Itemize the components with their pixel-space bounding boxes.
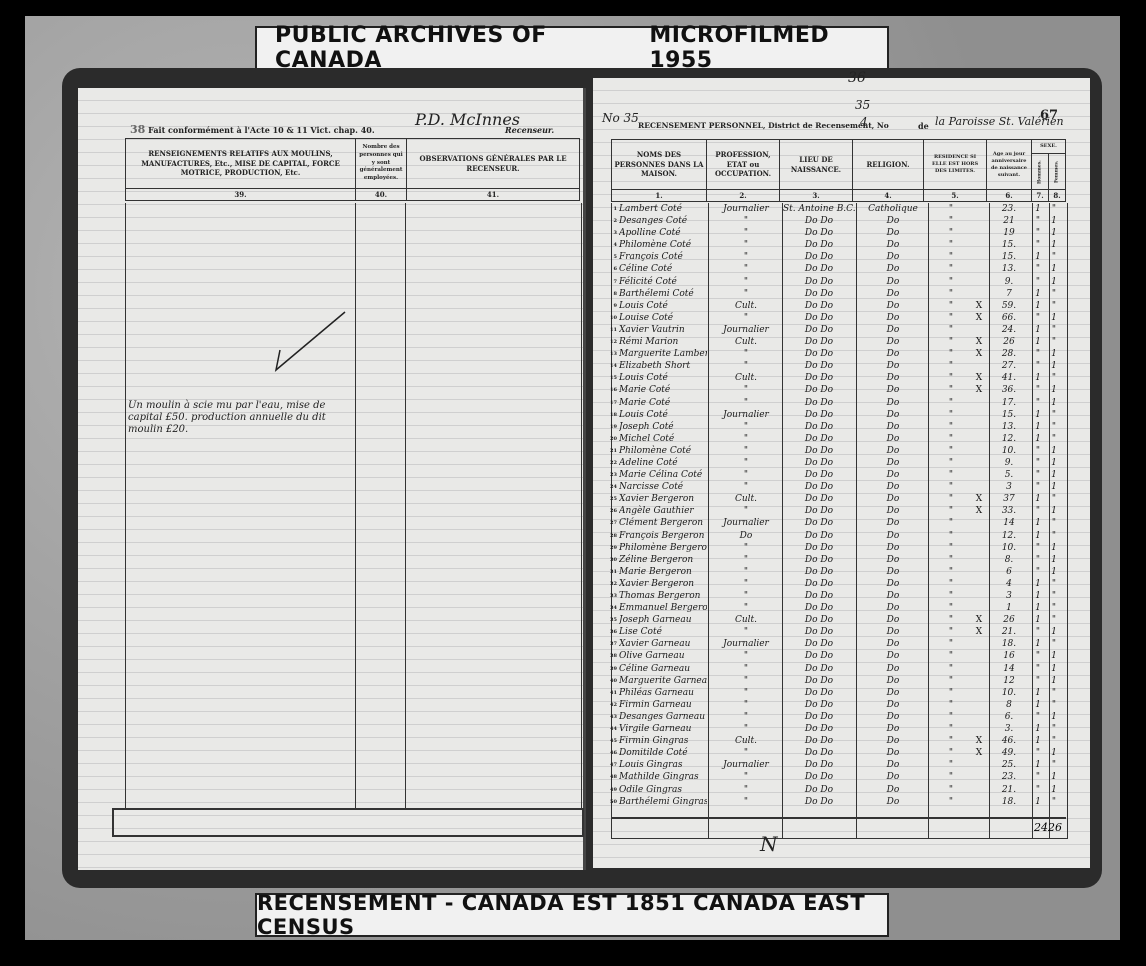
profession: " xyxy=(711,421,781,433)
row-number: 34 xyxy=(607,602,617,614)
residence-mark: X xyxy=(971,747,987,759)
religion: Do xyxy=(857,566,929,578)
religion: Do xyxy=(857,796,929,808)
birthplace: Do Do xyxy=(783,505,855,517)
female-tally: 1 xyxy=(1047,663,1061,675)
row-number: 1 xyxy=(607,203,617,215)
religion: Do xyxy=(857,614,929,626)
age: 14 xyxy=(989,663,1029,675)
col-header-age: Age au jour anniversaire de naissance su… xyxy=(987,140,1032,190)
row-number: 3 xyxy=(607,227,617,239)
birthplace: Do Do xyxy=(783,626,855,638)
profession: " xyxy=(711,650,781,662)
profession: " xyxy=(711,784,781,796)
residence: " xyxy=(931,771,971,783)
profession: " xyxy=(711,590,781,602)
birthplace: Do Do xyxy=(783,699,855,711)
residence: " xyxy=(931,747,971,759)
birthplace: Do Do xyxy=(783,675,855,687)
residence-mark: X xyxy=(971,735,987,747)
male-tally: 1 xyxy=(1031,530,1045,542)
person-name: Marie Coté xyxy=(619,384,707,396)
female-tally: 1 xyxy=(1047,348,1061,360)
profession: " xyxy=(711,239,781,251)
stamp-number: 36 xyxy=(848,70,866,86)
age: 21. xyxy=(989,784,1029,796)
profession: " xyxy=(711,469,781,481)
col-number: 3. xyxy=(780,190,853,202)
census-row: 29Philomène Bergeron"Do DoDo"10."1 xyxy=(611,542,1066,554)
birthplace: Do Do xyxy=(783,796,855,808)
female-tally: " xyxy=(1047,590,1061,602)
birthplace: Do Do xyxy=(783,542,855,554)
female-tally: " xyxy=(1047,699,1061,711)
age: 3. xyxy=(989,723,1029,735)
age: 17. xyxy=(989,397,1029,409)
archive-banner-bottom: RECENSEMENT - CANADA EST 1851 CANADA EAS… xyxy=(255,893,889,937)
female-tally: " xyxy=(1047,602,1061,614)
person-name: Lambert Coté xyxy=(619,203,707,215)
census-row: 44Virgile Garneau"Do DoDo"3.1" xyxy=(611,723,1066,735)
row-number: 30 xyxy=(607,554,617,566)
row-number: 32 xyxy=(607,578,617,590)
census-row: 27Clément BergeronJournalierDo DoDo"141" xyxy=(611,517,1066,529)
profession: " xyxy=(711,747,781,759)
profession: Cult. xyxy=(711,372,781,384)
religion: Do xyxy=(857,263,929,275)
person-name: Louis Gingras xyxy=(619,759,707,771)
census-row: 10Louise Coté"Do DoDo"X66."1 xyxy=(611,312,1066,324)
col-header-profession: PROFESSION, ETAT ou OCCUPATION. xyxy=(707,140,780,190)
person-name: Angèle Gauthier xyxy=(619,505,707,517)
birthplace: Do Do xyxy=(783,723,855,735)
residence: " xyxy=(931,626,971,638)
col-header-mills: RENSEIGNEMENTS RELATIFS AUX MOULINS, MAN… xyxy=(126,139,356,189)
person-name: Firmin Garneau xyxy=(619,699,707,711)
totals-values: 2426 xyxy=(1034,821,1062,834)
male-tally: 1 xyxy=(1031,735,1045,747)
birthplace: Do Do xyxy=(783,735,855,747)
profession: " xyxy=(711,699,781,711)
row-number: 41 xyxy=(607,687,617,699)
female-tally: 1 xyxy=(1047,384,1061,396)
checkmark-icon xyxy=(270,310,350,380)
male-tally: 1 xyxy=(1031,723,1045,735)
male-tally: 1 xyxy=(1031,336,1045,348)
row-number: 20 xyxy=(607,433,617,445)
religion: Do xyxy=(857,276,929,288)
age: 12. xyxy=(989,530,1029,542)
archive-banner-top: PUBLIC ARCHIVES OF CANADA MICROFILMED 19… xyxy=(255,26,889,70)
age: 9. xyxy=(989,457,1029,469)
residence-mark: X xyxy=(971,505,987,517)
female-tally: " xyxy=(1047,796,1061,808)
residence: " xyxy=(931,602,971,614)
religion: Do xyxy=(857,421,929,433)
age: 14 xyxy=(989,517,1029,529)
religion: Do xyxy=(857,300,929,312)
female-tally: 1 xyxy=(1047,771,1061,783)
row-number: 37 xyxy=(607,638,617,650)
residence: " xyxy=(931,614,971,626)
row-number: 27 xyxy=(607,517,617,529)
row-number: 39 xyxy=(607,663,617,675)
person-name: Marguerite Garneau xyxy=(619,675,707,687)
person-name: Lise Coté xyxy=(619,626,707,638)
row-number: 29 xyxy=(607,542,617,554)
religion: Do xyxy=(857,312,929,324)
birthplace: Do Do xyxy=(783,517,855,529)
male-tally: " xyxy=(1031,505,1045,517)
census-row: 24Narcisse Coté"Do DoDo"3"1 xyxy=(611,481,1066,493)
row-number: 8 xyxy=(607,288,617,300)
residence: " xyxy=(931,312,971,324)
religion: Do xyxy=(857,324,929,336)
person-name: Céline Coté xyxy=(619,263,707,275)
age: 59. xyxy=(989,300,1029,312)
male-tally: 1 xyxy=(1031,203,1045,215)
profession: " xyxy=(711,397,781,409)
male-tally: " xyxy=(1031,445,1045,457)
male-tally: " xyxy=(1031,650,1045,662)
female-tally: 1 xyxy=(1047,747,1061,759)
male-tally: " xyxy=(1031,747,1045,759)
person-name: Louise Coté xyxy=(619,312,707,324)
female-tally: 1 xyxy=(1047,784,1061,796)
col-header-female: Femmes. xyxy=(1049,154,1066,190)
person-name: Michel Coté xyxy=(619,433,707,445)
birthplace: Do Do xyxy=(783,384,855,396)
row-number: 23 xyxy=(607,469,617,481)
female-tally: " xyxy=(1047,421,1061,433)
census-row: 21Philomène Coté"Do DoDo"10."1 xyxy=(611,445,1066,457)
male-tally: 1 xyxy=(1031,614,1045,626)
census-row: 3Apolline Coté"Do DoDo"19"1 xyxy=(611,227,1066,239)
religion: Do xyxy=(857,650,929,662)
female-tally: 1 xyxy=(1047,554,1061,566)
female-tally: 1 xyxy=(1047,263,1061,275)
row-number: 45 xyxy=(607,735,617,747)
birthplace: Do Do xyxy=(783,747,855,759)
age: 46. xyxy=(989,735,1029,747)
age: 36. xyxy=(989,384,1029,396)
religion: Do xyxy=(857,372,929,384)
male-tally: " xyxy=(1031,481,1045,493)
male-tally: " xyxy=(1031,239,1045,251)
census-title: RECENSEMENT PERSONNEL, District de Recen… xyxy=(638,121,889,130)
age: 13. xyxy=(989,263,1029,275)
religion: Do xyxy=(857,590,929,602)
religion: Do xyxy=(857,530,929,542)
census-row: 4Philomène Coté"Do DoDo"15."1 xyxy=(611,239,1066,251)
person-name: Marie Coté xyxy=(619,397,707,409)
male-tally: " xyxy=(1031,469,1045,481)
col-number: 41. xyxy=(407,189,580,201)
person-name: Barthélemi Coté xyxy=(619,288,707,300)
profession: " xyxy=(711,711,781,723)
religion: Do xyxy=(857,336,929,348)
col-number: 5. xyxy=(924,190,987,202)
religion: Do xyxy=(857,747,929,759)
male-tally: " xyxy=(1031,675,1045,687)
person-name: Xavier Garneau xyxy=(619,638,707,650)
census-row: 2Desanges Coté"Do DoDo"21"1 xyxy=(611,215,1066,227)
religion: Do xyxy=(857,215,929,227)
residence: " xyxy=(931,215,971,227)
profession: Journalier xyxy=(711,324,781,336)
age: 16 xyxy=(989,650,1029,662)
left-page-header: 38 Fait conformément à l'Acte 10 & 11 Vi… xyxy=(130,123,375,136)
age: 27. xyxy=(989,360,1029,372)
birthplace: Do Do xyxy=(783,457,855,469)
residence: " xyxy=(931,300,971,312)
residence: " xyxy=(931,530,971,542)
birthplace: Do Do xyxy=(783,687,855,699)
religion: Do xyxy=(857,759,929,771)
person-name: Virgile Garneau xyxy=(619,723,707,735)
row-number: 10 xyxy=(607,312,617,324)
total-female: 26 xyxy=(1048,821,1062,834)
census-row: 7Félicité Coté"Do DoDo"9."1 xyxy=(611,276,1066,288)
age: 24. xyxy=(989,324,1029,336)
age: 6. xyxy=(989,711,1029,723)
male-tally: " xyxy=(1031,348,1045,360)
profession: " xyxy=(711,675,781,687)
female-tally: 1 xyxy=(1047,566,1061,578)
age: 10. xyxy=(989,445,1029,457)
person-name: Firmin Gingras xyxy=(619,735,707,747)
person-name: Philomène Coté xyxy=(619,445,707,457)
residence: " xyxy=(931,276,971,288)
census-row: 17Marie Coté"Do DoDo"17."1 xyxy=(611,397,1066,409)
residence-mark: X xyxy=(971,626,987,638)
religion: Do xyxy=(857,638,929,650)
female-tally: 1 xyxy=(1047,626,1061,638)
person-name: Marguerite Lambert xyxy=(619,348,707,360)
residence: " xyxy=(931,288,971,300)
profession: Cult. xyxy=(711,614,781,626)
male-tally: " xyxy=(1031,457,1045,469)
female-tally: 1 xyxy=(1047,650,1061,662)
religion: Do xyxy=(857,251,929,263)
age: 10. xyxy=(989,542,1029,554)
row-number: 28 xyxy=(607,530,617,542)
male-tally: " xyxy=(1031,554,1045,566)
row-number: 4 xyxy=(607,239,617,251)
birthplace: Do Do xyxy=(783,614,855,626)
census-row: 33Thomas Bergeron"Do DoDo"31" xyxy=(611,590,1066,602)
profession: Cult. xyxy=(711,300,781,312)
row-number: 26 xyxy=(607,505,617,517)
person-name: Félicité Coté xyxy=(619,276,707,288)
age: 23. xyxy=(989,203,1029,215)
census-row: 48Mathilde Gingras"Do DoDo"23."1 xyxy=(611,771,1066,783)
column-divider xyxy=(355,203,356,808)
age: 26 xyxy=(989,614,1029,626)
age: 6 xyxy=(989,566,1029,578)
person-name: Mathilde Gingras xyxy=(619,771,707,783)
census-row: 14Elizabeth Short"Do DoDo"27."1 xyxy=(611,360,1066,372)
birthplace: Do Do xyxy=(783,445,855,457)
profession: Do xyxy=(711,530,781,542)
birthplace: Do Do xyxy=(783,312,855,324)
residence-mark: X xyxy=(971,312,987,324)
female-tally: 1 xyxy=(1047,711,1061,723)
male-tally: " xyxy=(1031,771,1045,783)
person-name: Philéas Garneau xyxy=(619,687,707,699)
male-tally: " xyxy=(1031,663,1045,675)
age: 3 xyxy=(989,481,1029,493)
person-name: Emmanuel Bergeron xyxy=(619,602,707,614)
residence: " xyxy=(931,578,971,590)
profession: " xyxy=(711,348,781,360)
census-row: 42Firmin Garneau"Do DoDo"81" xyxy=(611,699,1066,711)
birthplace: Do Do xyxy=(783,663,855,675)
male-tally: 1 xyxy=(1031,433,1045,445)
census-row: 25Xavier BergeronCult.Do DoDo"X371" xyxy=(611,493,1066,505)
religion: Do xyxy=(857,239,929,251)
residence: " xyxy=(931,663,971,675)
residence: " xyxy=(931,542,971,554)
totals-row: 2426 xyxy=(611,817,1066,840)
person-name: Apolline Coté xyxy=(619,227,707,239)
row-number: 17 xyxy=(607,397,617,409)
profession: Cult. xyxy=(711,493,781,505)
census-row: 36Lise Coté"Do DoDo"X21."1 xyxy=(611,626,1066,638)
census-row: 12Rémi MarionCult.Do DoDo"X261" xyxy=(611,336,1066,348)
religion: Do xyxy=(857,457,929,469)
age: 4 xyxy=(989,578,1029,590)
person-name: Joseph Coté xyxy=(619,421,707,433)
age: 8. xyxy=(989,554,1029,566)
row-number: 31 xyxy=(607,566,617,578)
person-name: Xavier Bergeron xyxy=(619,578,707,590)
age: 12. xyxy=(989,433,1029,445)
profession: " xyxy=(711,771,781,783)
census-row: 43Desanges Garneau"Do DoDo"6."1 xyxy=(611,711,1066,723)
profession: " xyxy=(711,542,781,554)
residence: " xyxy=(931,336,971,348)
male-tally: " xyxy=(1031,276,1045,288)
age: 15. xyxy=(989,239,1029,251)
birthplace: Do Do xyxy=(783,348,855,360)
row-number: 14 xyxy=(607,360,617,372)
birthplace: Do Do xyxy=(783,784,855,796)
residence: " xyxy=(931,493,971,505)
col-header-employees: Nombre des personnes qui y sont générale… xyxy=(356,139,407,189)
person-name: Barthélemi Gingras xyxy=(619,796,707,808)
age: 13. xyxy=(989,421,1029,433)
female-tally: " xyxy=(1047,723,1061,735)
age: 66. xyxy=(989,312,1029,324)
act-reference: Fait conformément à l'Acte 10 & 11 Vict.… xyxy=(148,125,375,135)
profession: " xyxy=(711,433,781,445)
female-tally: 1 xyxy=(1047,227,1061,239)
religion: Do xyxy=(857,687,929,699)
religion: Do xyxy=(857,626,929,638)
male-tally: " xyxy=(1031,566,1045,578)
age: 3 xyxy=(989,590,1029,602)
birthplace: Do Do xyxy=(783,530,855,542)
census-row: 8Barthélemi Coté"Do DoDo"71" xyxy=(611,288,1066,300)
mill-observation: Un moulin à scie mu par l'eau, mise de c… xyxy=(128,400,358,436)
row-number: 12 xyxy=(607,336,617,348)
residence: " xyxy=(931,505,971,517)
row-number: 5 xyxy=(607,251,617,263)
profession: Journalier xyxy=(711,517,781,529)
religion: Do xyxy=(857,348,929,360)
profession: " xyxy=(711,251,781,263)
col-number: 1. xyxy=(612,190,707,202)
profession: " xyxy=(711,566,781,578)
religion: Do xyxy=(857,723,929,735)
male-tally: " xyxy=(1031,397,1045,409)
row-number: 18 xyxy=(607,409,617,421)
profession: " xyxy=(711,263,781,275)
census-row: 30Zéline Bergeron"Do DoDo"8."1 xyxy=(611,554,1066,566)
person-name: Marie Bergeron xyxy=(619,566,707,578)
profession: " xyxy=(711,687,781,699)
female-tally: " xyxy=(1047,517,1061,529)
birthplace: St. Antoine B.C.E. xyxy=(783,203,855,215)
female-tally: " xyxy=(1047,288,1061,300)
profession: " xyxy=(711,481,781,493)
age: 7 xyxy=(989,288,1029,300)
right-page-number: 67 xyxy=(1040,108,1058,123)
census-row: 47Louis GingrasJournalierDo DoDo"25.1" xyxy=(611,759,1066,771)
person-name: Domitilde Coté xyxy=(619,747,707,759)
census-row: 19Joseph Coté"Do DoDo"13.1" xyxy=(611,421,1066,433)
female-tally: 1 xyxy=(1047,457,1061,469)
birthplace: Do Do xyxy=(783,372,855,384)
census-row: 50Barthélemi Gingras"Do DoDo"18.1" xyxy=(611,796,1066,808)
birthplace: Do Do xyxy=(783,481,855,493)
census-row: 46Domitilde Coté"Do DoDo"X49."1 xyxy=(611,747,1066,759)
residence: " xyxy=(931,711,971,723)
person-name: Philomène Coté xyxy=(619,239,707,251)
birthplace: Do Do xyxy=(783,409,855,421)
age: 49. xyxy=(989,747,1029,759)
residence: " xyxy=(931,397,971,409)
profession: " xyxy=(711,312,781,324)
profession: " xyxy=(711,360,781,372)
residence: " xyxy=(931,699,971,711)
profession: " xyxy=(711,457,781,469)
profession: " xyxy=(711,723,781,735)
male-tally: 1 xyxy=(1031,699,1045,711)
religion: Do xyxy=(857,433,929,445)
age: 26 xyxy=(989,336,1029,348)
age: 5. xyxy=(989,469,1029,481)
male-tally: " xyxy=(1031,312,1045,324)
left-header-table: RENSEIGNEMENTS RELATIFS AUX MOULINS, MAN… xyxy=(125,138,580,201)
residence: " xyxy=(931,469,971,481)
person-name: François Coté xyxy=(619,251,707,263)
age: 18. xyxy=(989,796,1029,808)
female-tally: " xyxy=(1047,493,1061,505)
residence: " xyxy=(931,457,971,469)
profession: " xyxy=(711,276,781,288)
male-tally: 1 xyxy=(1031,372,1045,384)
person-name: Louis Coté xyxy=(619,409,707,421)
female-tally: " xyxy=(1047,324,1061,336)
census-row: 6Céline Coté"Do DoDo"13."1 xyxy=(611,263,1066,275)
male-tally: 1 xyxy=(1031,409,1045,421)
religion: Do xyxy=(857,517,929,529)
birthplace: Do Do xyxy=(783,554,855,566)
male-tally: " xyxy=(1031,784,1045,796)
female-tally: " xyxy=(1047,336,1061,348)
